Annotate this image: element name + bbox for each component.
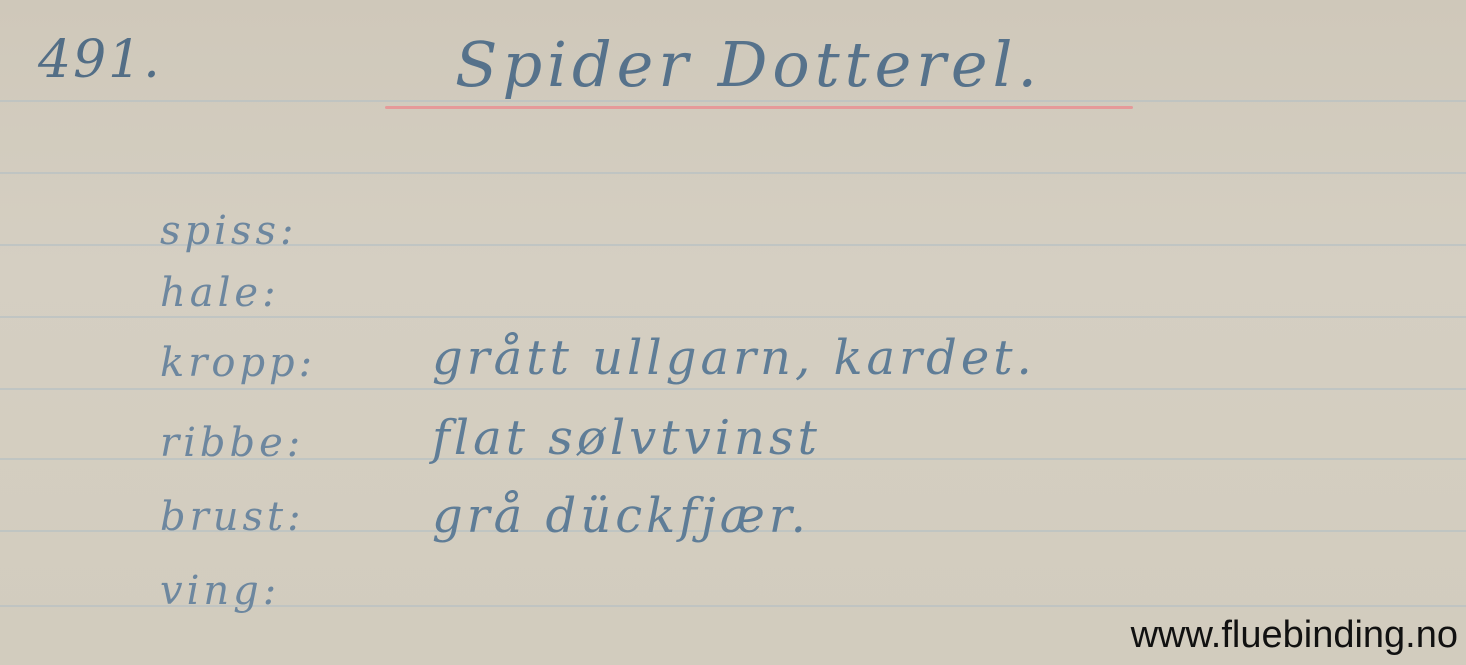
ruled-line [0, 316, 1466, 318]
ruled-line [0, 388, 1466, 390]
field-value-kropp: grått ullgarn, kardet. [432, 330, 1036, 386]
field-label-hale: hale: [160, 270, 280, 316]
field-label-spiss: spiss: [160, 208, 297, 254]
field-value-brust: grå dückfjær. [432, 488, 810, 544]
ruled-line [0, 172, 1466, 174]
notebook-page: 491. Spider Dotterel. spiss: hale: kropp… [0, 0, 1466, 665]
field-label-kropp: kropp: [160, 340, 316, 386]
watermark-url: www.fluebinding.no [1131, 614, 1458, 657]
entry-number: 491. [38, 30, 162, 90]
field-value-ribbe: flat sølvtvinst [432, 410, 821, 466]
field-label-brust: brust: [160, 494, 305, 540]
field-label-ribbe: ribbe: [160, 420, 304, 466]
title-underline [385, 106, 1133, 109]
fly-pattern-title: Spider Dotterel. [455, 28, 1042, 101]
field-label-ving: ving: [160, 568, 280, 614]
